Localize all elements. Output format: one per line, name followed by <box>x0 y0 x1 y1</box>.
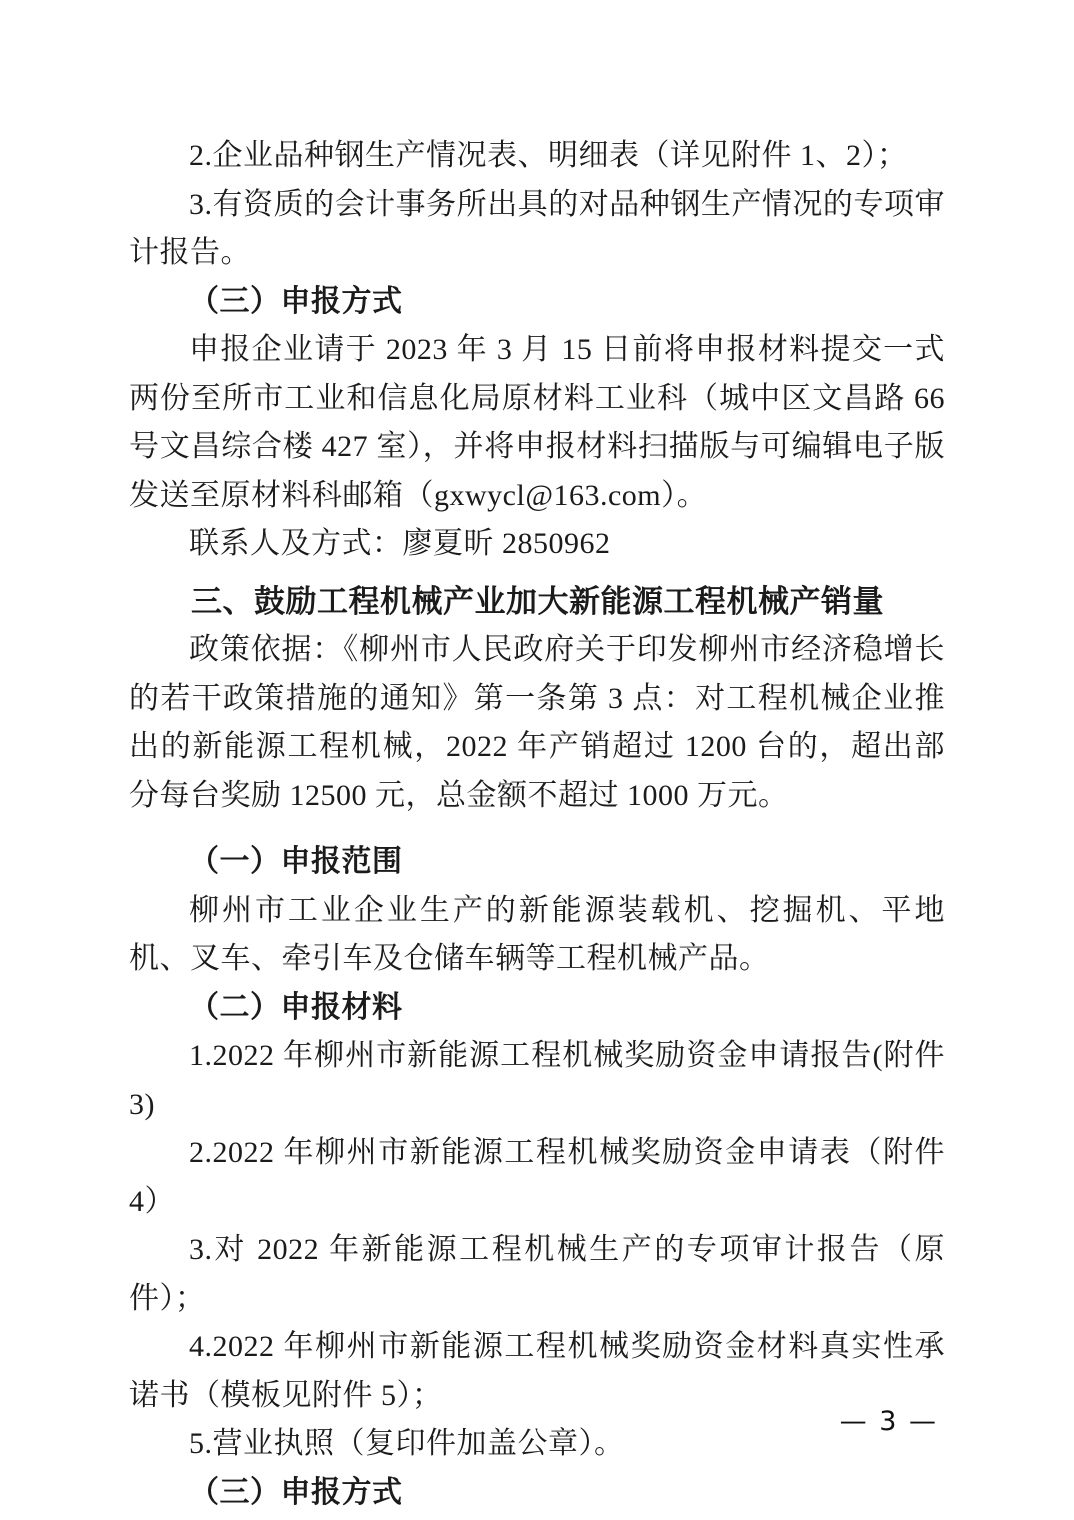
list-item-material-1: 1.2022 年柳州市新能源工程机械奖励资金申请报告(附件 3) <box>129 1032 945 1129</box>
list-item-steel-material-3: 3.有资质的会计事务所出具的对品种钢生产情况的专项审计报告。 <box>129 181 945 278</box>
document-body: 2.企业品种钢生产情况表、明细表（详见附件 1、2）； 3.有资质的会计事务所出… <box>129 132 945 1517</box>
heading-section-three: 三、鼓励工程机械产业加大新能源工程机械产销量 <box>129 578 945 627</box>
paragraph-scope-description: 柳州市工业企业生产的新能源装载机、挖掘机、平地机、叉车、牵引车及仓储车辆等工程机… <box>129 887 945 984</box>
paragraph-submission-instructions: 申报企业请于 2023 年 3 月 15 日前将申报材料提交一式两份至所市工业和… <box>129 326 945 520</box>
paragraph-contact-info: 联系人及方式：廖夏昕 2850962 <box>129 520 945 569</box>
subheading-application-method: （三）申报方式 <box>129 278 945 327</box>
page-number: — 3 — <box>840 1406 938 1437</box>
document-page: 2.企业品种钢生产情况表、明细表（详见附件 1、2）； 3.有资质的会计事务所出… <box>0 0 1074 1520</box>
subheading-application-scope: （一）申报范围 <box>129 838 945 887</box>
list-item-material-5: 5.营业执照（复印件加盖公章）。 <box>129 1420 945 1469</box>
subheading-application-method-2: （三）申报方式 <box>129 1469 945 1518</box>
list-item-material-3: 3.对 2022 年新能源工程机械生产的专项审计报告（原件）； <box>129 1226 945 1323</box>
subheading-application-materials: （二）申报材料 <box>129 984 945 1033</box>
list-item-material-4: 4.2022 年柳州市新能源工程机械奖励资金材料真实性承诺书（模板见附件 5）； <box>129 1323 945 1420</box>
paragraph-policy-basis: 政策依据：《柳州市人民政府关于印发柳州市经济稳增长的若干政策措施的通知》第一条第… <box>129 626 945 820</box>
list-item-steel-material-2: 2.企业品种钢生产情况表、明细表（详见附件 1、2）； <box>129 132 945 181</box>
list-item-material-2: 2.2022 年柳州市新能源工程机械奖励资金申请表（附件 4） <box>129 1129 945 1226</box>
